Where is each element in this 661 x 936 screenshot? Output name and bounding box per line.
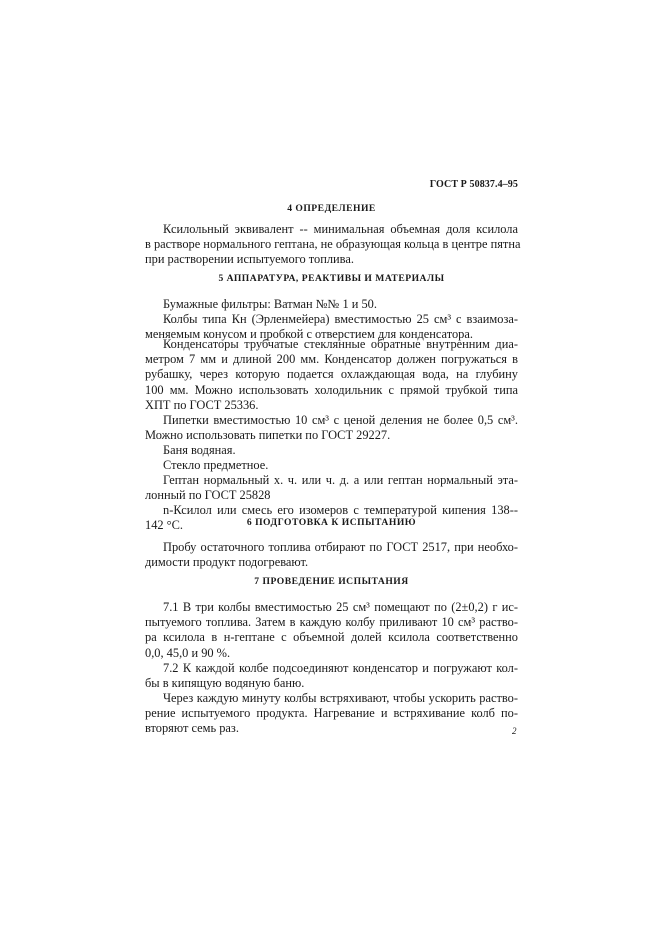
text-line: Стекло предметное. [163,458,268,472]
text-line: бы в кипящую водяную баню. [145,676,518,691]
section-4-paragraph-1: Ксилольный эквивалент -- минимальная объ… [145,222,518,268]
text-line: 0,0, 45,0 и 90 %. [145,646,518,661]
section-6-paragraph-1: Пробу остаточного топлива отбирают по ГО… [145,540,518,570]
text-line: Гептан нормальный х. ч. или ч. д. а или … [163,473,518,487]
section-5-paragraph-5: . Баня водяная. [145,428,518,458]
section-7-paragraph-2: 7.2 К каждой колбе подсоединяют конденса… [145,661,518,691]
section-7-paragraph-3: Через каждую минуту колбы встряхивают, ч… [145,691,518,737]
section-5-paragraph-7: Гептан нормальный х. ч. или ч. д. а или … [145,473,518,503]
text-line: рубашку, через которую подается охлаждаю… [145,367,518,382]
text-line: Колбы типа Кн (Эрленмейера) вместимостью… [163,312,518,326]
section-7-heading: 7 ПРОВЕДЕНИЕ ИСПЫТАНИЯ [145,576,518,587]
text-line: 7.2 К каждой колбе подсоединяют конденса… [163,661,518,675]
text-line: Ксилольный эквивалент -- минимальная объ… [163,222,518,236]
text-line: Баня водяная. [163,443,236,457]
section-5-paragraph-1: Бумажные фильтры: Ватман №№ 1 и 50. [145,297,518,312]
text-line: рение испытуемого продукта. Нагревание и… [145,706,518,721]
text-line: Пипетки вместимостью 10 см³ с ценой деле… [163,413,518,427]
text-line: пытуемого топлива. Затем в каждую колбу … [145,615,518,630]
text-line: ХПТ по ГОСТ 25336. [145,398,518,413]
text-line: Конденсаторы трубчатые стеклянные обратн… [163,337,518,351]
text-line: лонный по ГОСТ 25828 [145,488,518,503]
section-4-heading: 4 ОПРЕДЕЛЕНИЕ [145,203,518,214]
section-6-heading: 6 ПОДГОТОВКА К ИСПЫТАНИЮ [145,517,518,528]
text-line: 100 мм. Можно использовать холодильник с… [145,383,518,398]
standard-id-header: ГОСТ Р 50837.4–95 [430,179,518,190]
text-line: димости продукт подогревают. [145,555,518,570]
text-line: Через каждую минуту колбы встряхивают, ч… [163,691,518,705]
section-7-paragraph-1: 7.1 В три колбы вместимостью 25 см³ поме… [145,600,518,661]
text-line: при растворении испытуемого топлива. [145,252,518,267]
text-line: вторяют семь раз. [145,721,518,736]
section-5-paragraph-3: Конденсаторы трубчатые стеклянные обратн… [145,337,518,413]
text-line: ра ксилола в н-гептане с объемной долей … [145,630,518,645]
page-number: 2 [512,726,517,736]
text-line: Бумажные фильтры: Ватман №№ 1 и 50. [163,297,377,311]
text-line: метром 7 мм и длиной 200 мм. Конденсатор… [145,352,518,367]
section-5-heading: 5 АППАРАТУРА, РЕАКТИВЫ И МАТЕРИАЛЫ [145,273,518,284]
section-5-paragraph-6: Стекло предметное. [145,458,518,473]
text-line: n-Ксилол или смесь его изомеров с темпер… [163,503,518,517]
text-line: 7.1 В три колбы вместимостью 25 см³ поме… [163,600,518,614]
text-line: Пробу остаточного топлива отбирают по ГО… [163,540,518,554]
text-line: в растворе нормального гептана, не образ… [145,237,518,252]
